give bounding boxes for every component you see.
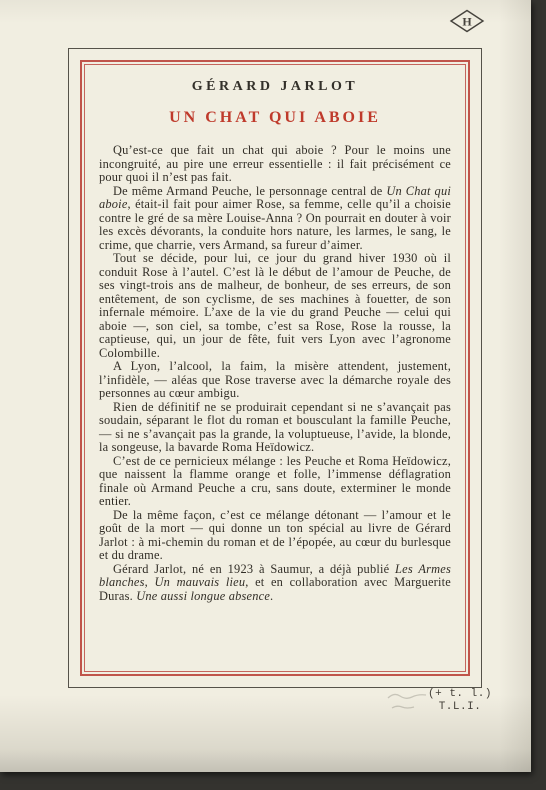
annotation-line-1: (+ t. l.) xyxy=(408,688,512,700)
blurb-text: Qu’est-ce que fait un chat qui aboie ? P… xyxy=(99,144,451,603)
body-paragraph: C’est de ce pernicieux mélange : les Peu… xyxy=(99,455,451,509)
body-paragraph: Gérard Jarlot, né en 1923 à Saumur, a dé… xyxy=(99,563,451,604)
body-paragraph: Qu’est-ce que fait un chat qui aboie ? P… xyxy=(99,144,451,185)
catalog-annotations: (+ t. l.) T.L.I. xyxy=(408,688,512,713)
annotation-line-2: T.L.I. xyxy=(408,701,512,713)
body-paragraph: De la même façon, c’est ce mélange déton… xyxy=(99,509,451,563)
author-name: GÉRARD JARLOT xyxy=(99,79,451,95)
body-paragraph: Tout se décide, pour lui, ce jour du gra… xyxy=(99,252,451,360)
body-paragraph: A Lyon, l’alcool, la faim, la misère att… xyxy=(99,360,451,401)
book-back-cover-page: H GÉRARD JARLOT UN CHAT QUI ABOIE Qu’est… xyxy=(0,0,531,772)
cover-content: GÉRARD JARLOT UN CHAT QUI ABOIE Qu’est-c… xyxy=(99,79,451,603)
body-paragraph: De même Armand Peuche, le personnage cen… xyxy=(99,185,451,253)
svg-text:H: H xyxy=(462,15,472,29)
scanned-photo-backdrop: H GÉRARD JARLOT UN CHAT QUI ABOIE Qu’est… xyxy=(0,0,546,790)
book-title: UN CHAT QUI ABOIE xyxy=(99,109,451,127)
publisher-lozenge-icon: H xyxy=(448,8,486,34)
body-paragraph: Rien de définitif ne se produirait cepen… xyxy=(99,401,451,455)
